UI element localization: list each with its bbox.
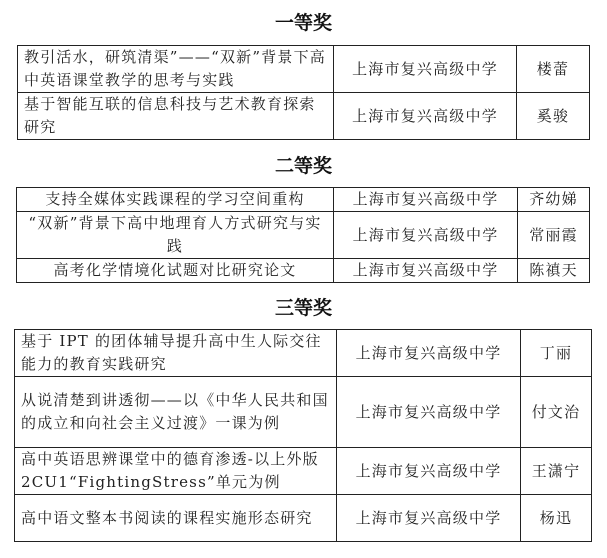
author-name: 楼蕾 (517, 46, 590, 93)
table-row: 从说清楚到讲透彻——以《中华人民共和国的成立和向社会主义过渡》一课为例 上海市复… (15, 377, 592, 448)
table-row: 支持全媒体实践课程的学习空间重构 上海市复兴高级中学 齐幼娣 (17, 188, 590, 212)
school-name: 上海市复兴高级中学 (337, 377, 521, 448)
table-row: 基于 IPT 的团体辅导提升高中生人际交往能力的教育实践研究 上海市复兴高级中学… (15, 330, 592, 377)
author-name: 齐幼娣 (518, 188, 590, 212)
first-prize-table: 教引活水，研筑清渠”——“双新”背景下高中英语课堂教学的思考与实践 上海市复兴高… (17, 45, 590, 140)
paper-title: “双新”背景下高中地理育人方式研究与实践 (17, 212, 334, 259)
school-name: 上海市复兴高级中学 (337, 495, 521, 542)
school-name: 上海市复兴高级中学 (334, 188, 518, 212)
author-name: 陈禛天 (518, 259, 590, 283)
school-name: 上海市复兴高级中学 (334, 212, 518, 259)
author-name: 王潇宁 (521, 448, 592, 495)
author-name: 付文治 (521, 377, 592, 448)
table-row: 教引活水，研筑清渠”——“双新”背景下高中英语课堂教学的思考与实践 上海市复兴高… (18, 46, 590, 93)
second-prize-table: 支持全媒体实践课程的学习空间重构 上海市复兴高级中学 齐幼娣 “双新”背景下高中… (16, 187, 590, 283)
paper-title: 从说清楚到讲透彻——以《中华人民共和国的成立和向社会主义过渡》一课为例 (15, 377, 337, 448)
section-heading-third-prize: 三等奖 (0, 293, 607, 320)
table-row: 高中语文整本书阅读的课程实施形态研究 上海市复兴高级中学 杨迅 (15, 495, 592, 542)
paper-title: 基于智能互联的信息科技与艺术教育探索研究 (18, 93, 334, 140)
school-name: 上海市复兴高级中学 (334, 259, 518, 283)
section-heading-first-prize: 一等奖 (0, 8, 607, 35)
paper-title: 高中英语思辨课堂中的德育渗透-以上外版 2CU1“FightingStress”… (15, 448, 337, 495)
paper-title: 教引活水，研筑清渠”——“双新”背景下高中英语课堂教学的思考与实践 (18, 46, 334, 93)
section-heading-second-prize: 二等奖 (0, 151, 607, 178)
table-row: 基于智能互联的信息科技与艺术教育探索研究 上海市复兴高级中学 奚骏 (18, 93, 590, 140)
table-row: 高考化学情境化试题对比研究论文 上海市复兴高级中学 陈禛天 (17, 259, 590, 283)
author-name: 奚骏 (517, 93, 590, 140)
table-row: “双新”背景下高中地理育人方式研究与实践 上海市复兴高级中学 常丽霞 (17, 212, 590, 259)
paper-title: 高考化学情境化试题对比研究论文 (17, 259, 334, 283)
paper-title: 高中语文整本书阅读的课程实施形态研究 (15, 495, 337, 542)
paper-title: 基于 IPT 的团体辅导提升高中生人际交往能力的教育实践研究 (15, 330, 337, 377)
school-name: 上海市复兴高级中学 (334, 46, 517, 93)
school-name: 上海市复兴高级中学 (337, 330, 521, 377)
author-name: 丁丽 (521, 330, 592, 377)
third-prize-table: 基于 IPT 的团体辅导提升高中生人际交往能力的教育实践研究 上海市复兴高级中学… (14, 329, 592, 542)
school-name: 上海市复兴高级中学 (334, 93, 517, 140)
table-row: 高中英语思辨课堂中的德育渗透-以上外版 2CU1“FightingStress”… (15, 448, 592, 495)
school-name: 上海市复兴高级中学 (337, 448, 521, 495)
paper-title: 支持全媒体实践课程的学习空间重构 (17, 188, 334, 212)
author-name: 杨迅 (521, 495, 592, 542)
author-name: 常丽霞 (518, 212, 590, 259)
